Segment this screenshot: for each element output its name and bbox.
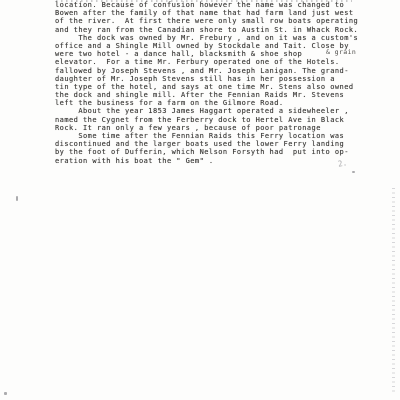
scanned-page: location. Because of confusion however t…	[0, 0, 400, 400]
scan-speck-artifact	[4, 392, 7, 395]
text-line: left the business for a farm on the Gilm…	[55, 99, 370, 107]
text-line: named the Cygnet from the Ferberry dock …	[55, 116, 370, 124]
scan-speck-artifact	[352, 171, 355, 173]
text-line: the dock and shingle mill. After the Fen…	[55, 91, 370, 99]
text-line: About the year 1853 James Haggart operat…	[55, 107, 370, 115]
text-line: eration with his boat the " Gem" .	[55, 157, 370, 165]
text-line: Bowen after the family of that name that…	[55, 9, 370, 17]
text-line: elevator. For a time Mr. Ferbury operate…	[55, 58, 370, 66]
text-line: and they ran from the Canadian shore to …	[55, 26, 370, 34]
text-line: by the foot of Dufferin, which Nelson Fo…	[55, 148, 370, 156]
text-line: office and a Shingle Mill owned by Stock…	[55, 42, 370, 50]
text-line: The dock was owned by Mr. Frebury , and …	[55, 34, 370, 42]
text-line: Rock. It ran only a few years , because …	[55, 124, 370, 132]
text-line: daughter of Mr. Joseph Stevens still has…	[55, 75, 370, 83]
text-line: Some time after the Fennian Raids this F…	[55, 132, 370, 140]
handwritten-margin-mark: 2.	[337, 158, 347, 168]
text-line: location. Because of confusion however t…	[55, 1, 370, 9]
text-line: of the river. At first there were only s…	[55, 17, 370, 25]
scan-speck-artifact	[16, 196, 18, 201]
typewritten-text-block: location. Because of confusion however t…	[55, 1, 370, 165]
text-line: fallowed by Joseph Stevens , and Mr. Jos…	[55, 67, 370, 75]
text-line: discontinued and the larger boats used t…	[55, 140, 370, 148]
text-line: were two hotel - a dance hall, blacksmit…	[55, 50, 370, 58]
typed-insertion: & grain	[326, 48, 356, 56]
page-edge-bleed-artifact	[392, 188, 395, 394]
text-line: tin type of the hotel, and says at one t…	[55, 83, 370, 91]
